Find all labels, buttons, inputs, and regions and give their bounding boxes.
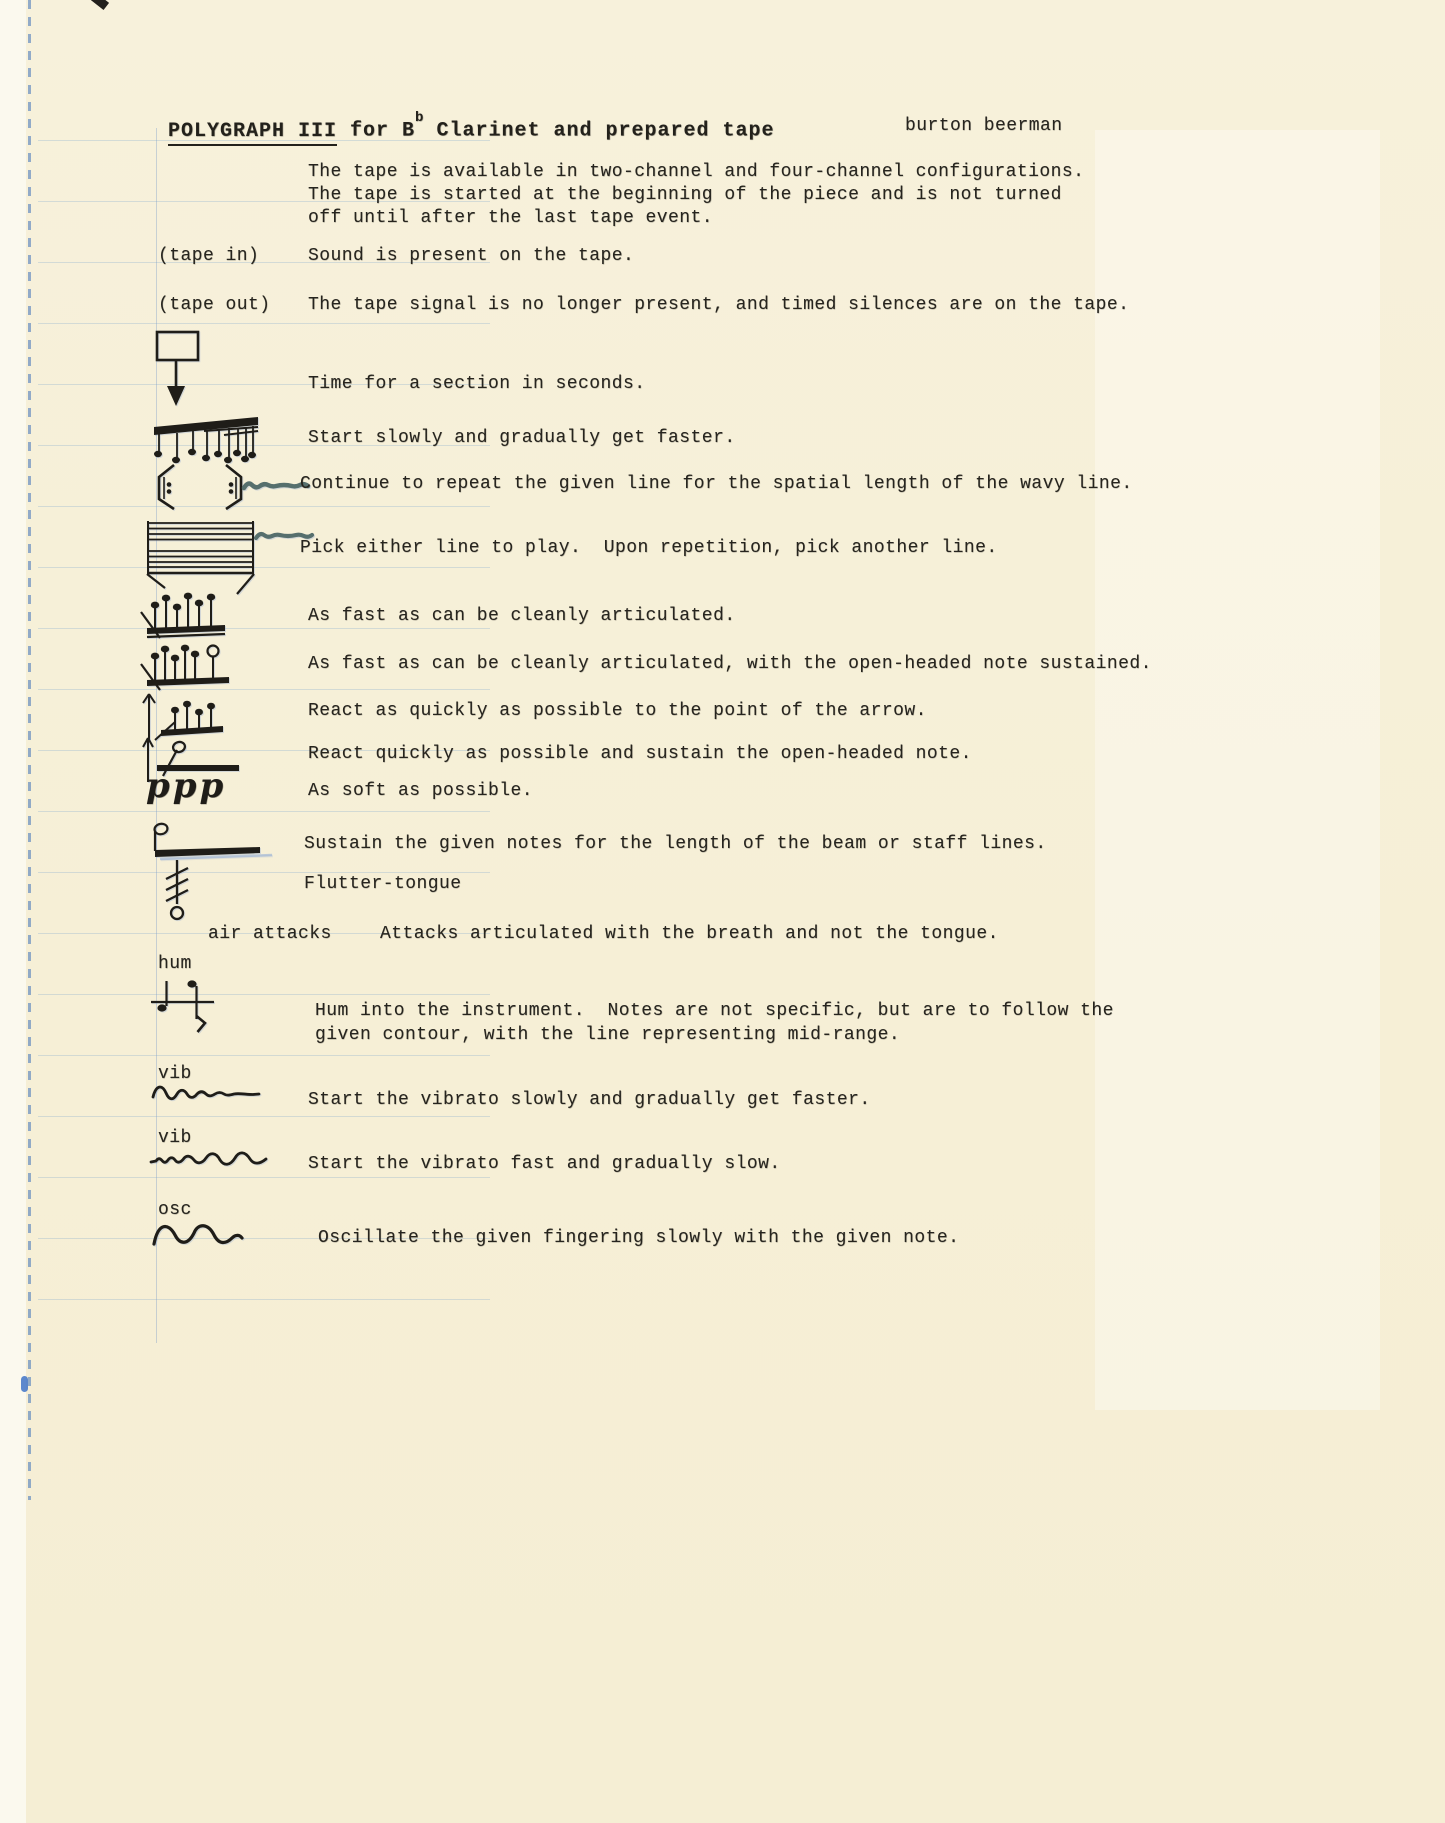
- ruled-line: [38, 628, 490, 629]
- fast-notes-text: As fast as can be cleanly articulated.: [308, 604, 736, 628]
- title-rest-2: Clarinet and prepared tape: [423, 120, 774, 143]
- scan-corner-mark: [91, 0, 109, 10]
- react-sustain-text: React quickly as possible and sustain th…: [308, 742, 972, 766]
- hum-text-line-2: given contour, with the line representin…: [315, 1023, 900, 1047]
- intro-line-2: The tape is started at the beginning of …: [308, 183, 1062, 207]
- react-arrow-text: React as quickly as possible to the poin…: [308, 699, 927, 723]
- intro-line-1: The tape is available in two-channel and…: [308, 160, 1084, 184]
- flat-superscript: b: [415, 110, 423, 126]
- scanned-document-page: POLYGRAPH III for Bb Clarinet and prepar…: [0, 0, 1445, 1823]
- ruled-line: [38, 1299, 490, 1300]
- fast-notes-open-text: As fast as can be cleanly articulated, w…: [308, 652, 1152, 676]
- ruled-line: [38, 689, 490, 690]
- stacked-lines-wavy-symbol: [143, 518, 318, 596]
- vib-accel-text: Start the vibrato slowly and gradually g…: [308, 1088, 871, 1112]
- flutter-tremolo-symbol: [156, 860, 200, 922]
- blue-ink-mark: [21, 1376, 28, 1392]
- repeat-brackets-wavy-symbol: [152, 462, 312, 514]
- ruled-line: [38, 1177, 490, 1178]
- air-attacks-label: air attacks: [208, 922, 332, 946]
- ppp-text: As soft as possible.: [308, 779, 533, 803]
- vib-slow-text: Start the vibrato fast and gradually slo…: [308, 1152, 781, 1176]
- scan-light-band: [1095, 130, 1380, 1410]
- notebook-binding-dashes: [28, 0, 31, 1500]
- air-attacks-text: Attacks articulated with the breath and …: [380, 922, 999, 946]
- hum-contour-symbol: [150, 972, 228, 1036]
- time-box-arrow-symbol: [155, 330, 201, 408]
- repeat-brackets-text: Continue to repeat the given line for th…: [300, 472, 1133, 496]
- fast-notes-open-head-symbol: [141, 642, 241, 694]
- vibrato-accelerating-symbol: [150, 1082, 262, 1112]
- time-box-text: Time for a section in seconds.: [308, 372, 646, 396]
- oscillation-wave-symbol: [150, 1218, 246, 1254]
- tape-out-label: (tape out): [158, 293, 271, 317]
- accelerating-notes-symbol: [152, 416, 260, 468]
- tape-in-label: (tape in): [158, 244, 259, 268]
- osc-text: Oscillate the given fingering slowly wit…: [318, 1226, 959, 1250]
- tape-in-text: Sound is present on the tape.: [308, 244, 634, 268]
- sustain-beam-text: Sustain the given notes for the length o…: [304, 832, 1047, 856]
- stacked-lines-text: Pick either line to play. Upon repetitio…: [300, 536, 998, 560]
- ruled-line: [38, 811, 490, 812]
- hum-text-line-1: Hum into the instrument. Notes are not s…: [315, 999, 1114, 1023]
- ppp-dynamic-symbol: ppp: [146, 768, 226, 804]
- title-rest-1: for B: [337, 120, 415, 143]
- title-underlined: POLYGRAPH III: [168, 120, 337, 146]
- scan-left-edge: [0, 0, 26, 1823]
- ruled-line: [38, 1055, 490, 1056]
- tape-out-text: The tape signal is no longer present, an…: [308, 293, 1129, 317]
- ruled-line: [38, 994, 490, 995]
- vibrato-slowing-symbol: [148, 1146, 270, 1176]
- fast-notes-symbol: [141, 592, 231, 644]
- flutter-text: Flutter-tongue: [304, 872, 462, 896]
- accelerating-notes-text: Start slowly and gradually get faster.: [308, 426, 736, 450]
- author-name: burton beerman: [905, 114, 1063, 138]
- ruled-line: [38, 1116, 490, 1117]
- intro-line-3: off until after the last tape event.: [308, 206, 713, 230]
- ruled-line: [38, 323, 490, 324]
- document-title: POLYGRAPH III for Bb Clarinet and prepar…: [168, 112, 775, 145]
